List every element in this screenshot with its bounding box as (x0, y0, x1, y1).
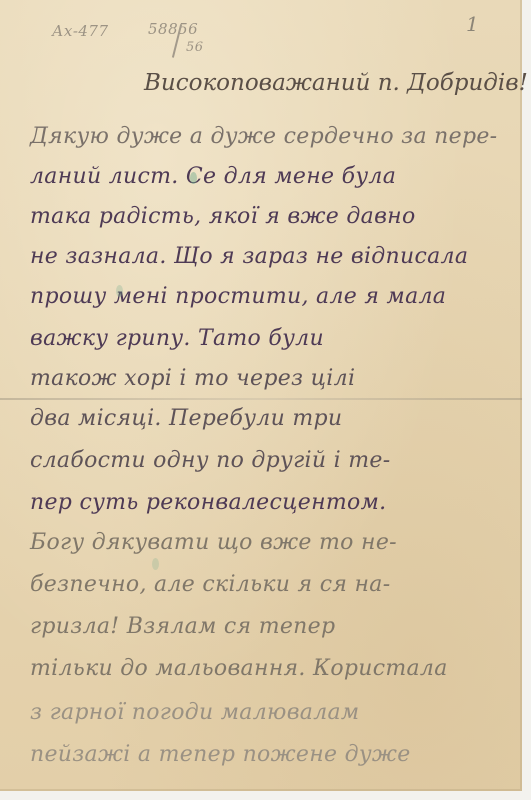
letter-line: важку грипу. Тато були (30, 326, 324, 351)
letter-line: з гарної погоди малювалам (30, 700, 359, 725)
letter-page: Ах-477 58856 56 1 Високоповажаний п. Доб… (0, 0, 522, 791)
paper-fold-crease (0, 398, 522, 400)
page-number: 1 (466, 12, 479, 36)
letter-line: безпечно, але скільки я ся на- (30, 572, 390, 597)
ink-smudge (190, 172, 197, 184)
letter-line: така радість, якої я вже давно (30, 204, 416, 229)
letter-line: Богу дякувати що вже то не- (30, 530, 397, 555)
letter-line: гризла! Взялам ся тепер (30, 614, 335, 639)
letter-line: прошу мені простити, але я мала (30, 284, 446, 309)
archive-code: Ах-477 (52, 22, 109, 40)
archive-number: 58856 (148, 20, 198, 38)
letter-line: також хорі і то через цілі (30, 366, 355, 391)
letter-line: не зазнала. Що я зараз не відписала (30, 244, 468, 269)
document-scan: Ах-477 58856 56 1 Високоповажаний п. Доб… (0, 0, 531, 800)
archive-sub-number: 56 (186, 40, 204, 55)
ink-smudge (152, 558, 159, 570)
letter-line: два місяці. Перебули три (30, 406, 342, 431)
salutation: Високоповажаний п. Добридів! (144, 70, 528, 96)
letter-line: тільки до мальовання. Користала (30, 656, 448, 681)
ink-smudge (116, 285, 123, 297)
letter-line: пер суть реконвалесцентом. (30, 490, 386, 515)
letter-line: ланий лист. Се для мене була (30, 164, 396, 189)
letter-line: пейзажі а тепер пожене дуже (30, 742, 411, 767)
letter-line: Дякую дуже а дуже сердечно за пере- (30, 124, 497, 149)
letter-line: слабости одну по другій і те- (30, 448, 390, 473)
